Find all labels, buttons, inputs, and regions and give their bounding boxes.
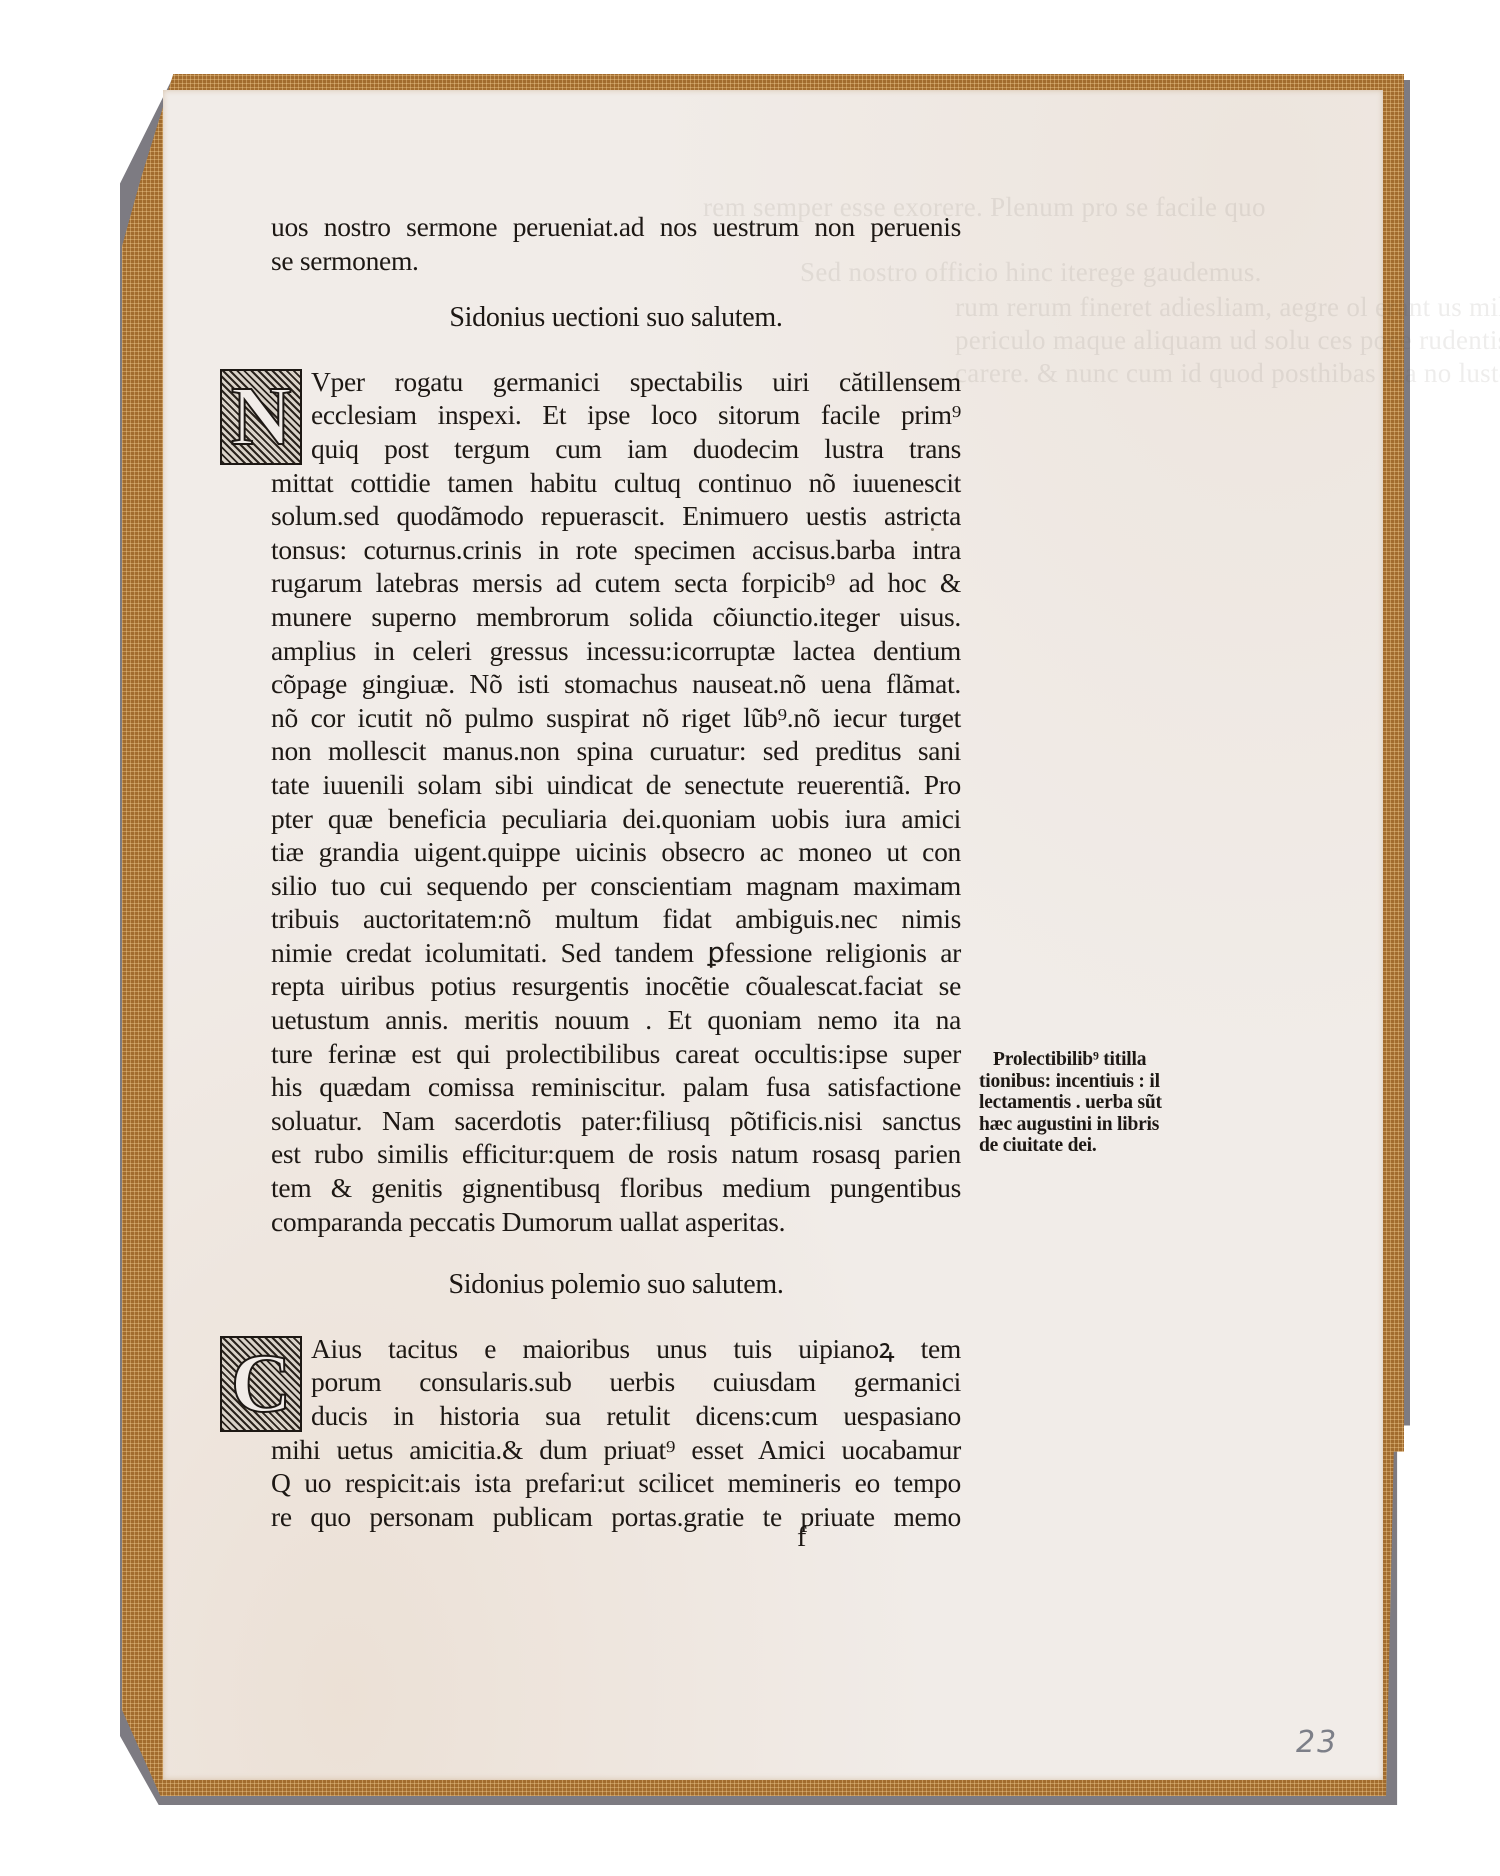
text-line: Aius tacitus e maioribus unus tuis uipia…	[271, 1332, 961, 1366]
text-line: rugarum latebras mersis ad cutem secta f…	[271, 566, 961, 600]
gloss-line: de ciuitate dei.	[979, 1135, 1179, 1157]
letter-body: N Vper rogatu germanici spectabilis uiri…	[271, 365, 961, 1238]
text-line: se sermonem.	[271, 244, 961, 278]
text-line: ducis in historia sua retulit dicens:cum…	[271, 1399, 961, 1433]
text-line: cõpage gingiuæ. Nõ isti stomachus nausea…	[271, 667, 961, 701]
text-line: repta uiribus potius resurgentis inocẽti…	[271, 969, 961, 1003]
text-line: mihi uetus amicitia.& dum priuat⁹ esset …	[271, 1433, 961, 1467]
text-line: munere superno membrorum solida cõiuncti…	[271, 600, 961, 634]
text-line: Vper rogatu germanici spectabilis uiri c…	[271, 365, 961, 399]
text-line: ecclesiam inspexi. Et ipse loco sitorum …	[271, 398, 961, 432]
text-line: est rubo similis efficitur:quem de rosis…	[271, 1137, 961, 1171]
text-line: his quædam comissa reminiscitur. palam f…	[271, 1070, 961, 1104]
text-line: Q uo respicit:ais ista prefari:ut scilic…	[271, 1466, 961, 1500]
text-line: soluatur. Nam sacerdotis pater:filiusq p…	[271, 1104, 961, 1138]
text-line: porum consularis.sub uerbis cuiusdam ger…	[271, 1365, 961, 1399]
text-line: uos nostro sermone perueniat.ad nos uest…	[271, 210, 961, 244]
decorated-initial-icon: N	[220, 369, 302, 465]
text-line: nõ cor icutit nõ pulmo suspirat nõ riget…	[271, 701, 961, 735]
text-line: amplius in celeri gressus incessu:icorru…	[271, 634, 961, 668]
initial-letter: C	[231, 1342, 291, 1426]
gloss-line: lectamentis . uerba sũt	[979, 1092, 1179, 1114]
margin-speck	[935, 716, 938, 719]
text-line: ture ferinæ est qui prolectibilibus care…	[271, 1037, 961, 1071]
text-line: tonsus: coturnus.crinis in rote specimen…	[271, 533, 961, 567]
text-line: tem & genitis gignentibusq floribus medi…	[271, 1171, 961, 1205]
text-line: solum.sed quodãmodo repuerascit. Enimuer…	[271, 499, 961, 533]
text-line: quiq post tergum cum iam duodecim lustra…	[271, 432, 961, 466]
initial-letter: N	[231, 375, 291, 459]
marginal-gloss: Prolectibilib⁹ titilla tionibus: incenti…	[979, 1049, 1179, 1157]
text-line: re quo personam publicam portas.gratie t…	[271, 1500, 961, 1534]
letter-body: C Aius tacitus e maioribus unus tuis uip…	[271, 1332, 961, 1534]
text-line: uetustum annis. meritis nouum . Et quoni…	[271, 1003, 961, 1037]
margin-speck	[935, 1058, 938, 1061]
margin-speck	[931, 528, 934, 531]
text-line: non mollescit manus.non spina curuatur: …	[271, 734, 961, 768]
letter-heading: Sidonius uectioni suo salutem.	[271, 301, 961, 335]
show-through-text: rum rerum fineret adiesliam, aegre ol er…	[955, 290, 1500, 325]
show-through-text: periculo maque aliquam ud solu ces poce …	[955, 323, 1500, 358]
preceding-letter-ending: uos nostro sermone perueniat.ad nos uest…	[271, 210, 961, 277]
signature-mark: f	[797, 1522, 806, 1554]
text-line: silio tuo cui sequendo per conscientiam …	[271, 869, 961, 903]
decorated-initial-icon: C	[220, 1336, 302, 1432]
letter-heading: Sidonius polemio suo salutem.	[271, 1268, 961, 1302]
text-line: tribuis auctoritatem:nõ multum fidat amb…	[271, 902, 961, 936]
gloss-line: Prolectibilib⁹ titilla	[979, 1049, 1179, 1071]
text-line: pter quæ beneficia peculiaria dei.quonia…	[271, 802, 961, 836]
text-line: tiæ grandia uigent.quippe uicinis obsecr…	[271, 835, 961, 869]
text-line: nimie credat icolumitati. Sed tandem ꝑfe…	[271, 936, 961, 970]
show-through-line: rum rerum fineret adiesliam, aegre ol er…	[955, 290, 1500, 325]
pencil-folio-number: 23	[1296, 1725, 1338, 1760]
show-through-line: periculo maque aliquam ud solu ces poce …	[955, 323, 1500, 358]
gloss-line: hæc augustini in libris	[979, 1114, 1179, 1136]
show-through-text: rem semper esse exorere. Plenum pro se f…	[1003, 190, 1266, 225]
show-through-line: carere. & nunc cum id quod posthibas tua…	[955, 356, 1500, 391]
gloss-line: tionibus: incentiuis : il	[979, 1071, 1179, 1093]
text-line: mittat cottidie tamen habitu cultuq cont…	[271, 466, 961, 500]
show-through-text: carere. & nunc cum id quod posthibas tua…	[955, 356, 1500, 391]
main-text-column: uos nostro sermone perueniat.ad nos uest…	[271, 210, 961, 1533]
text-line: comparanda peccatis Dumorum uallat asper…	[271, 1205, 961, 1239]
text-line: tate iuuenili solam sibi uindicat de sen…	[271, 768, 961, 802]
